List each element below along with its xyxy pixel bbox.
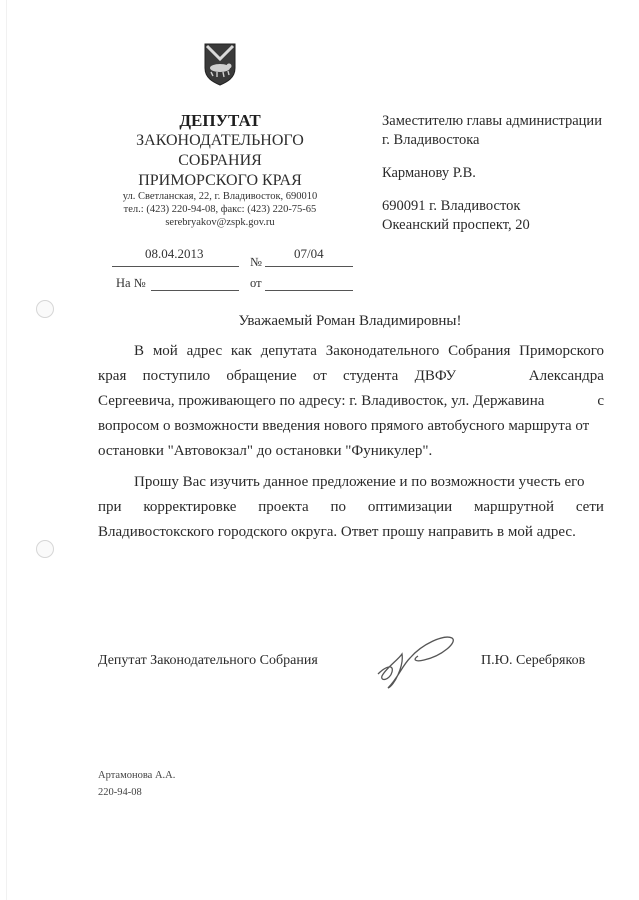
word: по: [330, 497, 346, 517]
letterhead-phones: тел.: (423) 220-94-08, факс: (423) 220-7…: [100, 203, 340, 216]
number-underline: [265, 266, 353, 267]
body-line: остановки "Автовокзал" до остановки "Фун…: [98, 441, 604, 461]
word: мой: [153, 341, 178, 361]
handwritten-signature-icon: [372, 630, 464, 692]
coat-of-arms-icon: [203, 42, 237, 86]
recipient-city: г. Владивостока: [382, 131, 480, 150]
body-line: вопросом о возможности введения нового п…: [98, 416, 604, 436]
body-line: Сергеевича, проживающего по адресу: г. В…: [98, 391, 604, 411]
letterhead-org-line: СОБРАНИЯ: [100, 151, 340, 171]
outgoing-date: 08.04.2013: [145, 246, 204, 262]
redacted-gap: [472, 366, 512, 386]
word: В: [134, 341, 144, 361]
recipient-position: Заместителю главы администрации: [382, 112, 602, 131]
recipient-name: Карманову Р.В.: [382, 164, 476, 183]
word: студента: [343, 366, 398, 386]
letterhead-org-line: ЗАКОНОДАТЕЛЬНОГО: [100, 131, 340, 151]
punch-hole-top: [36, 300, 54, 318]
recipient-address: 690091 г. Владивосток: [382, 197, 520, 216]
letterhead-org-line: ПРИМОРСКОГО КРАЯ: [100, 171, 340, 191]
word: сети: [576, 497, 604, 517]
executor-phone: 220-94-08: [98, 787, 142, 798]
date-underline: [112, 266, 239, 267]
executor-name: Артамонова А.А.: [98, 770, 175, 781]
word: Приморского: [519, 341, 604, 361]
reply-to-label: На №: [116, 276, 146, 291]
letterhead-email: serebryakov@zspk.gov.ru: [100, 216, 340, 229]
letterhead-contacts: ул. Светланская, 22, г. Владивосток, 690…: [100, 190, 340, 229]
scan-edge: [6, 0, 7, 900]
word: обращение: [226, 366, 296, 386]
word: с: [597, 391, 604, 411]
word: проекта: [258, 497, 308, 517]
word: края: [98, 366, 126, 386]
reply-to-underline: [151, 290, 239, 291]
body-line: В мой адрес как депутата Законодательног…: [134, 341, 604, 361]
recipient-street: Океанский проспект, 20: [382, 216, 530, 235]
word: оптимизации: [368, 497, 452, 517]
from-underline: [265, 290, 353, 291]
word: маршрутной: [474, 497, 554, 517]
punch-hole-bottom: [36, 540, 54, 558]
body-line: края поступило обращение от студента ДВФ…: [98, 366, 604, 386]
greeting: Уважаемый Роман Владимировны!: [90, 313, 610, 330]
word: Собрания: [448, 341, 510, 361]
text-segment: Сергеевича, проживающего по адресу: г. В…: [98, 391, 544, 411]
body-line: Владивостокского городского округа. Отве…: [98, 522, 604, 542]
letterhead-address: ул. Светланская, 22, г. Владивосток, 690…: [100, 190, 340, 203]
word: адрес: [187, 341, 222, 361]
from-label: от: [250, 276, 262, 291]
word: от: [313, 366, 327, 386]
word: как: [231, 341, 252, 361]
word: при: [98, 497, 122, 517]
signer-position: Депутат Законодательного Собрания: [98, 653, 318, 669]
letterhead-title: ДЕПУТАТ: [100, 111, 340, 131]
number-label: №: [250, 255, 262, 270]
word: Александра: [529, 366, 604, 386]
body-line: Прошу Вас изучить данное предложение и п…: [134, 472, 604, 492]
body-line: при корректировке проекта по оптимизации…: [98, 497, 604, 517]
word: ДВФУ: [415, 366, 457, 386]
word: депутата: [261, 341, 317, 361]
outgoing-number: 07/04: [294, 246, 324, 262]
signer-name: П.Ю. Серебряков: [481, 653, 585, 669]
word: поступило: [143, 366, 210, 386]
word: Законодательного: [326, 341, 440, 361]
word: корректировке: [143, 497, 236, 517]
